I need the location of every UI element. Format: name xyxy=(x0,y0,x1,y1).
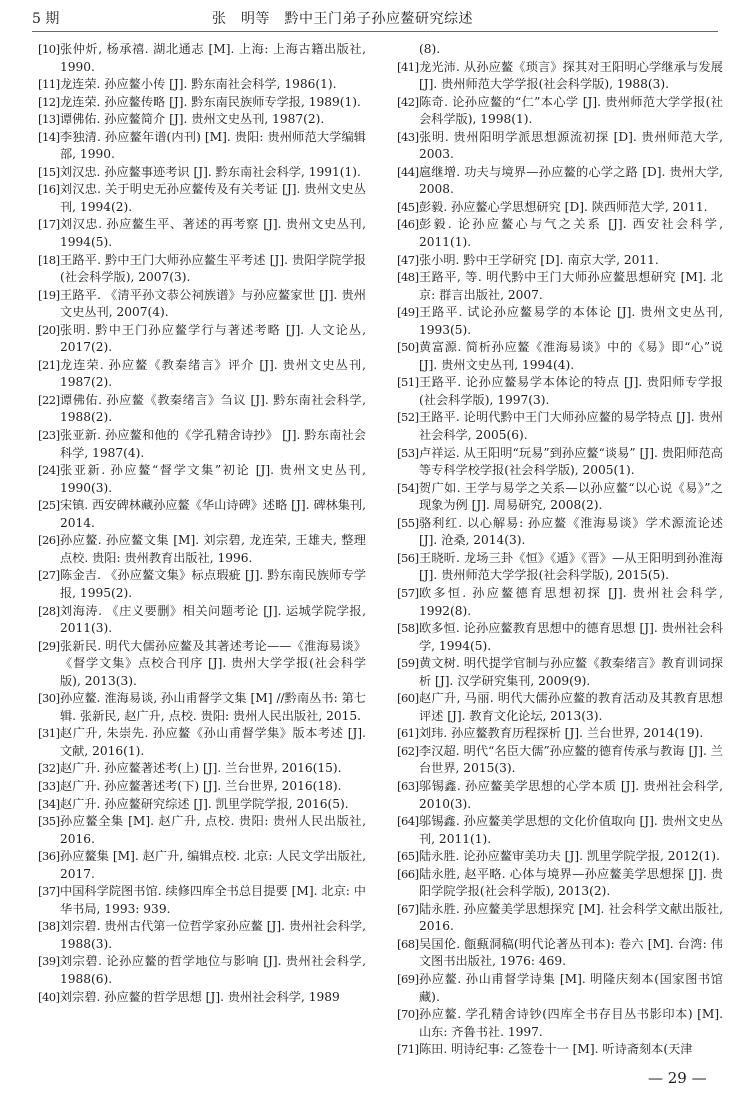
reference-number: [52] xyxy=(397,409,419,427)
reference-text: 彭毅. 论孙应鳌心与气之关系 [J]. 西安社会科学, 2011(1). xyxy=(419,216,723,251)
reference-text: 陈金吉. 《孙应鳌文集》标点瑕疵 [J]. 黔东南民族师专学报, 1995(2)… xyxy=(60,567,366,602)
reference-text: 孙应鳌全集 [M]. 赵广升, 点校. 贵阳: 贵州人民出版社, 2016. xyxy=(60,813,366,848)
reference-text: 刘宗碧. 贵州古代第一位哲学家孙应鳌 [J]. 贵州社会科学, 1988(3). xyxy=(60,918,366,953)
reference-number: [64] xyxy=(397,813,419,831)
reference-item: [45]彭毅. 孙应鳌心学思想研究 [D]. 陕西师范大学, 2011. xyxy=(397,199,723,217)
reference-text: 孙应鳌. 学孔精舍诗钞(四库全书存目丛书影印本) [M]. 山东: 齐鲁书社. … xyxy=(419,1006,723,1041)
reference-text: 王路平, 等. 明代黔中王门大师孙应鳌思想研究 [M]. 北京: 群言出版社, … xyxy=(419,269,723,304)
reference-number: [53] xyxy=(397,445,419,463)
reference-item: [66]陆永胜, 赵平略. 心体与境界—孙应鳌美学思想探 [J]. 贵阳学院学报… xyxy=(397,866,723,901)
reference-item: [18]王路平. 黔中王门大师孙应鳌生平考述 [J]. 贵阳学院学报(社会科学版… xyxy=(38,252,366,287)
reference-item: [43]张明. 贵州阳明学派思想源流初探 [D]. 贵州师范大学, 2003. xyxy=(397,129,723,164)
reference-text: 赵广升, 马丽. 明代大儒孙应鳌的教育活动及其教育思想评述 [J]. 教育文化论… xyxy=(419,690,723,725)
reference-number: [70] xyxy=(397,1006,419,1024)
reference-text: 刘汉忠. 孙应鳌生平、著述的再考察 [J]. 贵州文史丛刊, 1994(5). xyxy=(60,216,366,251)
reference-text: 刘汉忠. 孙应鳌事迹考识 [J]. 黔东南社会科学, 1991(1). xyxy=(60,164,366,182)
reference-text: 刘玮. 孙应鳌教育历程探析 [J]. 兰台世界, 2014(19). xyxy=(419,725,723,743)
reference-item: [30]孙应鳌. 淮海易谈, 孙山甫督学文集 [M] //黔南丛书: 第七辑. … xyxy=(38,690,366,725)
reference-number: [56] xyxy=(397,550,419,568)
reference-text: 龙连荣. 孙应鳌《教秦绪言》评介 [J]. 贵州文史丛刊, 1987(2). xyxy=(60,357,366,392)
reference-item: [32]赵广升. 孙应鳌著述考(上) [J]. 兰台世界, 2016(15). xyxy=(38,760,366,778)
reference-item: [14]李独清. 孙应鳌年谱(内刊) [M]. 贵阳: 贵州师范大学编辑部, 1… xyxy=(38,129,366,164)
reference-text: 王路平. 论孙应鳌易学本体论的特点 [J]. 贵阳师专学报(社会科学版), 19… xyxy=(419,374,723,409)
reference-item: [13]谭佛佑. 孙应鳌简介 [J]. 贵州文史丛刊, 1987(2). xyxy=(38,111,366,129)
reference-item: [67]陆永胜. 孙应鳌美学思想探究 [M]. 社会科学文献出版社, 2016. xyxy=(397,901,723,936)
reference-item: [24]张亚新. 孙应鳌“督学文集”初论 [J]. 贵州文史丛刊, 1990(3… xyxy=(38,462,366,497)
reference-number: [22] xyxy=(38,392,60,410)
reference-number: [31] xyxy=(38,725,60,743)
reference-item: [54]贺广如. 王学与易学之关系—以孙应鳌“以心说《易》”之现象为例 [J].… xyxy=(397,480,723,515)
reference-text: 陈奇. 论孙应鳌的“仁”本心学 [J]. 贵州师范大学学报(社会科学版), 19… xyxy=(419,94,723,129)
reference-item: [17]刘汉忠. 孙应鳌生平、著述的再考察 [J]. 贵州文史丛刊, 1994(… xyxy=(38,216,366,251)
reference-number: [59] xyxy=(397,655,419,673)
reference-text: 谭佛佑. 孙应鳌《教秦绪言》刍议 [J]. 黔东南社会科学, 1988(2). xyxy=(60,392,366,427)
reference-item: [61]刘玮. 孙应鳌教育历程探析 [J]. 兰台世界, 2014(19). xyxy=(397,725,723,743)
reference-item: [58]欧多恒. 论孙应鳌教育思想中的德育思想 [J]. 贵州社会科学, 199… xyxy=(397,620,723,655)
reference-number: [25] xyxy=(38,497,60,515)
reference-number: [29] xyxy=(38,638,60,656)
reference-text: 欧多恒. 孙应鳌德育思想初探 [J]. 贵州社会科学, 1992(8). xyxy=(419,585,723,620)
reference-item: [35]孙应鳌全集 [M]. 赵广升, 点校. 贵阳: 贵州人民出版社, 201… xyxy=(38,813,366,848)
reference-text: 黄富源. 简析孙应鳌《淮海易谈》中的《易》即“心”说 [J]. 贵州文史丛刊, … xyxy=(419,339,723,374)
reference-text: 龙光沛. 从孙应鳌《琐言》探其对王阳明心学继承与发展 [J]. 贵州师范大学学报… xyxy=(419,59,723,94)
reference-item: [34]赵广升. 孙应鳌研究综述 [J]. 凯里学院学报, 2016(5). xyxy=(38,796,366,814)
reference-number: [49] xyxy=(397,304,419,322)
reference-number: [20] xyxy=(38,322,60,340)
reference-number: [21] xyxy=(38,357,60,375)
reference-number: [15] xyxy=(38,164,60,182)
reference-item: [31]赵广升, 朱崇先. 孙应鳌《孙山甫督学集》版本考述 [J]. 文献, 2… xyxy=(38,725,366,760)
reference-item: [64]邬锡鑫. 孙应鳌美学思想的文化价值取向 [J]. 贵州文史丛刊, 201… xyxy=(397,813,723,848)
reference-text: 王路平. 论明代黔中王门大师孙应鳌的易学特点 [J]. 贵州社会科学, 2005… xyxy=(419,409,723,444)
reference-text: 宋镇. 西安碑林藏孙应鳌《华山诗碑》述略 [J]. 碑林集刊, 2014. xyxy=(60,497,366,532)
issue-number: 5 期 xyxy=(32,8,59,28)
reference-text: 刘海涛. 《庄义要删》相关问题考论 [J]. 运城学院学报, 2011(3). xyxy=(60,603,366,638)
reference-number: [60] xyxy=(397,690,419,708)
reference-item: [59]黄文树. 明代提学官制与孙应鳌《教秦绪言》教育训词探析 [J]. 汉学研… xyxy=(397,655,723,690)
reference-text: 贺广如. 王学与易学之关系—以孙应鳌“以心说《易》”之现象为例 [J]. 周易研… xyxy=(419,480,723,515)
reference-number: [67] xyxy=(397,901,419,919)
reference-item: [63]邬锡鑫. 孙应鳌美学思想的心学本质 [J]. 贵州社会科学, 2010(… xyxy=(397,778,723,813)
reference-number: [68] xyxy=(397,936,419,954)
reference-item: [28]刘海涛. 《庄义要删》相关问题考论 [J]. 运城学院学报, 2011(… xyxy=(38,603,366,638)
reference-number: [39] xyxy=(38,953,60,971)
reference-number: [23] xyxy=(38,427,60,445)
reference-item: [41]龙光沛. 从孙应鳌《琐言》探其对王阳明心学继承与发展 [J]. 贵州师范… xyxy=(397,59,723,94)
reference-text: 张明. 贵州阳明学派思想源流初探 [D]. 贵州师范大学, 2003. xyxy=(419,129,723,164)
reference-text: 张小明. 黔中王学研究 [D]. 南京大学, 2011. xyxy=(419,252,723,270)
reference-text: 龙连荣. 孙应鳌传略 [J]. 黔东南民族师专学报, 1989(1). xyxy=(60,94,366,112)
reference-item: [36]孙应鳌集 [M]. 赵广升, 编辑点校. 北京: 人民文学出版社, 20… xyxy=(38,848,366,883)
reference-text: 吴国伦. 甔甀洞稿(明代论著丛刊本): 卷六 [M]. 台湾: 伟文图书出版社,… xyxy=(419,936,723,971)
reference-item: [50]黄富源. 简析孙应鳌《淮海易谈》中的《易》即“心”说 [J]. 贵州文史… xyxy=(397,339,723,374)
reference-number: [27] xyxy=(38,567,60,585)
reference-item: [29]张新民. 明代大儒孙应鳌及其著述考论——《淮海易谈》《督学文集》点校合刊… xyxy=(38,638,366,691)
reference-number: [41] xyxy=(397,59,419,77)
reference-number: [44] xyxy=(397,164,419,182)
reference-item: [70]孙应鳌. 学孔精舍诗钞(四库全书存目丛书影印本) [M]. 山东: 齐鲁… xyxy=(397,1006,723,1041)
reference-number: [65] xyxy=(397,848,419,866)
reference-number: [12] xyxy=(38,94,60,112)
reference-item: [23]张亚新. 孙应鳌和他的《学孔精舍诗抄》 [J]. 黔东南社会科学, 19… xyxy=(38,427,366,462)
reference-text: 王路平. 《清平孙文恭公祠族谱》与孙应鳌家世 [J]. 贵州文史丛刊, 2007… xyxy=(60,287,366,322)
reference-text: 黄文树. 明代提学官制与孙应鳌《教秦绪言》教育训词探析 [J]. 汉学研究集刊,… xyxy=(419,655,723,690)
reference-text: 张明. 黔中王门孙应鳌学行与著述考略 [J]. 人文论丛, 2017(2). xyxy=(60,322,366,357)
reference-text: 张亚新. 孙应鳌和他的《学孔精舍诗抄》 [J]. 黔东南社会科学, 1987(4… xyxy=(60,427,366,462)
reference-text: 张仲炘, 杨承禧. 湖北通志 [M]. 上海: 上海古籍出版社, 1990. xyxy=(60,41,366,76)
reference-item: [38]刘宗碧. 贵州古代第一位哲学家孙应鳌 [J]. 贵州社会科学, 1988… xyxy=(38,918,366,953)
reference-text: 王路平. 黔中王门大师孙应鳌生平考述 [J]. 贵阳学院学报(社会科学版), 2… xyxy=(60,252,366,287)
reference-number: [19] xyxy=(38,287,60,305)
reference-text: 骆利红. 以心解易: 孙应鳌《淮海易谈》学术源流论述 [J]. 沧桑, 2014… xyxy=(419,515,723,550)
reference-item: [46]彭毅. 论孙应鳌心与气之关系 [J]. 西安社会科学, 2011(1). xyxy=(397,216,723,251)
reference-item: [49]王路平. 试论孙应鳌易学的本体论 [J]. 贵州文史丛刊, 1993(5… xyxy=(397,304,723,339)
reference-continuation: (8). xyxy=(397,41,723,59)
references-right-column: (8). [41]龙光沛. 从孙应鳌《琐言》探其对王阳明心学继承与发展 [J].… xyxy=(397,41,723,1059)
reference-text: 陈田. 明诗纪事: 乙签卷十一 [M]. 听诗斋刻本(天津 xyxy=(419,1041,723,1059)
reference-number: [34] xyxy=(38,796,60,814)
reference-number: [11] xyxy=(38,76,60,94)
reference-number: [63] xyxy=(397,778,419,796)
reference-number: [26] xyxy=(38,532,60,550)
reference-item: [20]张明. 黔中王门孙应鳌学行与著述考略 [J]. 人文论丛, 2017(2… xyxy=(38,322,366,357)
reference-text: 欧多恒. 论孙应鳌教育思想中的德育思想 [J]. 贵州社会科学, 1994(5)… xyxy=(419,620,723,655)
reference-number: [46] xyxy=(397,216,419,234)
reference-number: [61] xyxy=(397,725,419,743)
reference-text: 谭佛佑. 孙应鳌简介 [J]. 贵州文史丛刊, 1987(2). xyxy=(60,111,366,129)
reference-item: [40]刘宗碧. 孙应鳌的哲学思想 [J]. 贵州社会科学, 1989 xyxy=(38,989,366,1007)
reference-item: [25]宋镇. 西安碑林藏孙应鳌《华山诗碑》述略 [J]. 碑林集刊, 2014… xyxy=(38,497,366,532)
reference-number: [42] xyxy=(397,94,419,112)
reference-number: [30] xyxy=(38,690,60,708)
reference-item: [42]陈奇. 论孙应鳌的“仁”本心学 [J]. 贵州师范大学学报(社会科学版)… xyxy=(397,94,723,129)
reference-item: [55]骆利红. 以心解易: 孙应鳌《淮海易谈》学术源流论述 [J]. 沧桑, … xyxy=(397,515,723,550)
reference-text: 中国科学院图书馆. 续修四库全书总目提要 [M]. 北京: 中华书局, 1993… xyxy=(60,883,366,918)
reference-item: [68]吴国伦. 甔甀洞稿(明代论著丛刊本): 卷六 [M]. 台湾: 伟文图书… xyxy=(397,936,723,971)
reference-item: [26]孙应鳌. 孙应鳌文集 [M]. 刘宗碧, 龙连荣, 王雄夫, 整理点校.… xyxy=(38,532,366,567)
reference-number: [38] xyxy=(38,918,60,936)
reference-item: [52]王路平. 论明代黔中王门大师孙应鳌的易学特点 [J]. 贵州社会科学, … xyxy=(397,409,723,444)
reference-item: [27]陈金吉. 《孙应鳌文集》标点瑕疵 [J]. 黔东南民族师专学报, 199… xyxy=(38,567,366,602)
reference-text: 张新民. 明代大儒孙应鳌及其著述考论——《淮海易谈》《督学文集》点校合刊序 [J… xyxy=(60,638,366,691)
reference-number: [50] xyxy=(397,339,419,357)
reference-item: [37]中国科学院图书馆. 续修四库全书总目提要 [M]. 北京: 中华书局, … xyxy=(38,883,366,918)
reference-item: [48]王路平, 等. 明代黔中王门大师孙应鳌思想研究 [M]. 北京: 群言出… xyxy=(397,269,723,304)
reference-item: [60]赵广升, 马丽. 明代大儒孙应鳌的教育活动及其教育思想评述 [J]. 教… xyxy=(397,690,723,725)
reference-item: [57]欧多恒. 孙应鳌德育思想初探 [J]. 贵州社会科学, 1992(8). xyxy=(397,585,723,620)
reference-number: [35] xyxy=(38,813,60,831)
reference-text: 张亚新. 孙应鳌“督学文集”初论 [J]. 贵州文史丛刊, 1990(3). xyxy=(60,462,366,497)
reference-text: 赵广升. 孙应鳌著述考(上) [J]. 兰台世界, 2016(15). xyxy=(60,760,366,778)
reference-item: [19]王路平. 《清平孙文恭公祠族谱》与孙应鳌家世 [J]. 贵州文史丛刊, … xyxy=(38,287,366,322)
reference-text: 孙应鳌. 孙山甫督学诗集 [M]. 明隆庆刻本(国家图书馆藏). xyxy=(419,971,723,1006)
reference-text: 邬锡鑫. 孙应鳌美学思想的心学本质 [J]. 贵州社会科学, 2010(3). xyxy=(419,778,723,813)
reference-number: [47] xyxy=(397,252,419,270)
reference-text: 陆永胜. 论孙应鳌审美功夫 [J]. 凯里学院学报, 2012(1). xyxy=(419,848,723,866)
reference-number: [37] xyxy=(38,883,60,901)
reference-number: [71] xyxy=(397,1041,419,1059)
reference-text: 孙应鳌集 [M]. 赵广升, 编辑点校. 北京: 人民文学出版社, 2017. xyxy=(60,848,366,883)
reference-item: [56]王晓昕. 龙场三卦《恒》《遁》《晋》—从王阳明到孙淮海 [J]. 贵州师… xyxy=(397,550,723,585)
reference-number: [66] xyxy=(397,866,419,884)
reference-item: [65]陆永胜. 论孙应鳌审美功夫 [J]. 凯里学院学报, 2012(1). xyxy=(397,848,723,866)
reference-text: 刘宗碧. 论孙应鳌的哲学地位与影响 [J]. 贵州社会科学, 1988(6). xyxy=(60,953,366,988)
reference-text: 扈继增. 功夫与境界—孙应鳌的心学之路 [D]. 贵州大学, 2008. xyxy=(419,164,723,199)
reference-number: [32] xyxy=(38,760,60,778)
running-title: 张 明等 黔中王门弟子孙应鳌研究综述 xyxy=(212,8,473,28)
reference-item: [53]卢祥运. 从王阳明“玩易”到孙应鳌“谈易” [J]. 贵阳师范高等专科学… xyxy=(397,445,723,480)
reference-number: [13] xyxy=(38,111,60,129)
reference-text: 陆永胜. 孙应鳌美学思想探究 [M]. 社会科学文献出版社, 2016. xyxy=(419,901,723,936)
reference-item: [21]龙连荣. 孙应鳌《教秦绪言》评介 [J]. 贵州文史丛刊, 1987(2… xyxy=(38,357,366,392)
reference-text: 孙应鳌. 孙应鳌文集 [M]. 刘宗碧, 龙连荣, 王雄夫, 整理点校. 贵阳:… xyxy=(60,532,366,567)
reference-item: [51]王路平. 论孙应鳌易学本体论的特点 [J]. 贵阳师专学报(社会科学版)… xyxy=(397,374,723,409)
reference-number: [33] xyxy=(38,778,60,796)
reference-item: [12]龙连荣. 孙应鳌传略 [J]. 黔东南民族师专学报, 1989(1). xyxy=(38,94,366,112)
reference-number: [18] xyxy=(38,252,60,270)
reference-number: [51] xyxy=(397,374,419,392)
reference-number: [55] xyxy=(397,515,419,533)
reference-number: [43] xyxy=(397,129,419,147)
reference-text: 赵广升, 朱崇先. 孙应鳌《孙山甫督学集》版本考述 [J]. 文献, 2016(… xyxy=(60,725,366,760)
reference-item: [69]孙应鳌. 孙山甫督学诗集 [M]. 明隆庆刻本(国家图书馆藏). xyxy=(397,971,723,1006)
reference-item: [71]陈田. 明诗纪事: 乙签卷十一 [M]. 听诗斋刻本(天津 xyxy=(397,1041,723,1059)
reference-number: [16] xyxy=(38,181,60,199)
reference-item: [39]刘宗碧. 论孙应鳌的哲学地位与影响 [J]. 贵州社会科学, 1988(… xyxy=(38,953,366,988)
reference-number: [45] xyxy=(397,199,419,217)
reference-text: 李汉超. 明代“名臣大儒”孙应鳌的德育传承与教诲 [J]. 兰台世界, 2015… xyxy=(419,743,723,778)
reference-text: 卢祥运. 从王阳明“玩易”到孙应鳌“谈易” [J]. 贵阳师范高等专科学校学报(… xyxy=(419,445,723,480)
reference-number: [28] xyxy=(38,603,60,621)
reference-item: [22]谭佛佑. 孙应鳌《教秦绪言》刍议 [J]. 黔东南社会科学, 1988(… xyxy=(38,392,366,427)
reference-number: [58] xyxy=(397,620,419,638)
reference-text: 孙应鳌. 淮海易谈, 孙山甫督学文集 [M] //黔南丛书: 第七辑. 张新民,… xyxy=(60,690,366,725)
reference-number: [69] xyxy=(397,971,419,989)
references-left-column: [10]张仲炘, 杨承禧. 湖北通志 [M]. 上海: 上海古籍出版社, 199… xyxy=(38,41,366,1006)
reference-number: [57] xyxy=(397,585,419,603)
reference-text: 龙连荣. 孙应鳌小传 [J]. 黔东南社会科学, 1986(1). xyxy=(60,76,366,94)
reference-item: [44]扈继增. 功夫与境界—孙应鳌的心学之路 [D]. 贵州大学, 2008. xyxy=(397,164,723,199)
reference-text: 赵广升. 孙应鳌著述考(下) [J]. 兰台世界, 2016(18). xyxy=(60,778,366,796)
reference-text: 刘汉忠. 关于明史无孙应鳌传及有关考证 [J]. 贵州文史丛刊, 1994(2)… xyxy=(60,181,366,216)
running-header: 5 期 张 明等 黔中王门弟子孙应鳌研究综述 xyxy=(32,0,718,32)
reference-text: 陆永胜, 赵平略. 心体与境界—孙应鳌美学思想探 [J]. 贵阳学院学报(社会科… xyxy=(419,866,723,901)
reference-item: [62]李汉超. 明代“名臣大儒”孙应鳌的德育传承与教诲 [J]. 兰台世界, … xyxy=(397,743,723,778)
reference-text: 赵广升. 孙应鳌研究综述 [J]. 凯里学院学报, 2016(5). xyxy=(60,796,366,814)
reference-item: [33]赵广升. 孙应鳌著述考(下) [J]. 兰台世界, 2016(18). xyxy=(38,778,366,796)
reference-number: [36] xyxy=(38,848,60,866)
reference-number: [10] xyxy=(38,41,60,59)
reference-item: [47]张小明. 黔中王学研究 [D]. 南京大学, 2011. xyxy=(397,252,723,270)
reference-item: [10]张仲炘, 杨承禧. 湖北通志 [M]. 上海: 上海古籍出版社, 199… xyxy=(38,41,366,76)
reference-number: [17] xyxy=(38,216,60,234)
reference-item: [15]刘汉忠. 孙应鳌事迹考识 [J]. 黔东南社会科学, 1991(1). xyxy=(38,164,366,182)
page-number: — 29 — xyxy=(648,1069,707,1087)
reference-text: 彭毅. 孙应鳌心学思想研究 [D]. 陕西师范大学, 2011. xyxy=(419,199,723,217)
reference-text: 王路平. 试论孙应鳌易学的本体论 [J]. 贵州文史丛刊, 1993(5). xyxy=(419,304,723,339)
reference-number: [48] xyxy=(397,269,419,287)
reference-text: 王晓昕. 龙场三卦《恒》《遁》《晋》—从王阳明到孙淮海 [J]. 贵州师范大学学… xyxy=(419,550,723,585)
reference-text: 刘宗碧. 孙应鳌的哲学思想 [J]. 贵州社会科学, 1989 xyxy=(60,989,366,1007)
reference-item: [11]龙连荣. 孙应鳌小传 [J]. 黔东南社会科学, 1986(1). xyxy=(38,76,366,94)
reference-number: [14] xyxy=(38,129,60,147)
reference-item: [16]刘汉忠. 关于明史无孙应鳌传及有关考证 [J]. 贵州文史丛刊, 199… xyxy=(38,181,366,216)
reference-number: [40] xyxy=(38,989,60,1007)
reference-number: [54] xyxy=(397,480,419,498)
reference-number: [62] xyxy=(397,743,419,761)
reference-text: 李独清. 孙应鳌年谱(内刊) [M]. 贵阳: 贵州师范大学编辑部, 1990. xyxy=(60,129,366,164)
reference-number: [24] xyxy=(38,462,60,480)
reference-text: 邬锡鑫. 孙应鳌美学思想的文化价值取向 [J]. 贵州文史丛刊, 2011(1)… xyxy=(419,813,723,848)
